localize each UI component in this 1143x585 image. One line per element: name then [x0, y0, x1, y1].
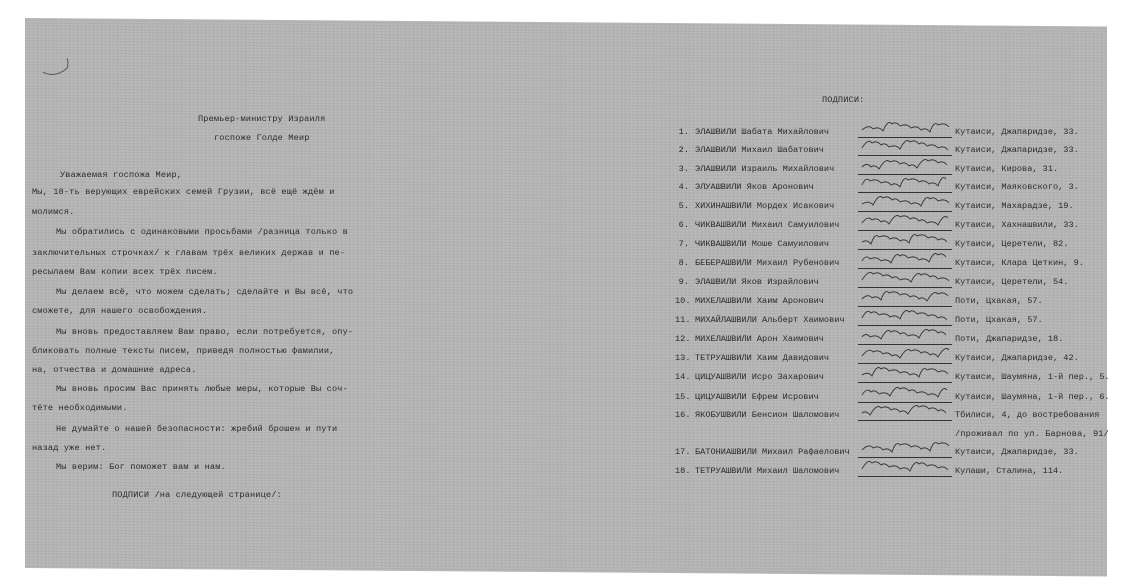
- letter-line: молимся.: [32, 207, 74, 217]
- signature-row: 3.ЭЛАШВИЛИ Израиль МихайловичКутаиси, Ки…: [675, 164, 689, 180]
- signer-address: Кутаиси, Джапаридзе, 33.: [955, 127, 1079, 137]
- signer-address: Кулаши, Сталина, 114.: [955, 466, 1063, 476]
- signer-name: БАТОНИАШВИЛИ Михаил Рафаелович: [695, 447, 850, 457]
- signature-line: [858, 462, 952, 477]
- handwritten-signature-icon: [860, 327, 952, 345]
- addressee-line-2: госпоже Голде Меир: [214, 133, 310, 143]
- letter-line: Мы, 18-ть верующих еврейских семей Грузи…: [32, 187, 335, 197]
- row-number: 4.: [675, 182, 689, 192]
- signature-line: [858, 388, 952, 403]
- signature-line: [858, 160, 952, 175]
- signer-name: ЭЛУАШВИЛИ Яков Аронович: [695, 182, 814, 192]
- signer-address: Кутаиси, Шаумяна, 1-й пер., 6.: [955, 392, 1110, 402]
- signer-address-line-2: /проживал по ул. Барнова, 91/: [955, 429, 1109, 439]
- signer-name: ЧИКВАШВИЛИ Моше Самуилович: [695, 239, 829, 249]
- letter-line: тёте необходимыми.: [32, 403, 128, 413]
- signature-row: 11.МИХАЙЛАШВИЛИ Альберт ХаимовичПоти, Цх…: [675, 315, 689, 331]
- signature-line: [858, 349, 952, 364]
- letter-line: ресылаем Вам копии всех трёх писем.: [32, 267, 218, 277]
- handwritten-signature-icon: [860, 346, 952, 364]
- signature-line: [858, 406, 952, 421]
- signature-row: 10.МИХЕЛАШВИЛИ Хаим АроновичПоти, Цхакая…: [675, 296, 689, 312]
- row-number: 9.: [675, 277, 689, 287]
- row-number: 15.: [675, 392, 689, 402]
- signer-name: ТЕТРУАШВИЛИ Михаил Шаломович: [695, 466, 839, 476]
- handwritten-signature-icon: [860, 157, 952, 175]
- signature-row: 6.ЧИКВАШВИЛИ Михаил СамуиловичКутаиси, Х…: [675, 220, 689, 236]
- row-number: 1.: [675, 127, 689, 137]
- signature-row: 1.ЭЛАШВИЛИ Шабата МихайловичКутаиси, Джа…: [675, 127, 689, 143]
- row-number: 10.: [675, 296, 689, 306]
- signature-row: 5.ХИХИНАШВИЛИ Мордех ИсаковичКутаиси, Ма…: [675, 201, 689, 217]
- handwritten-signature-icon: [860, 289, 952, 307]
- row-number: 12.: [675, 334, 689, 344]
- signer-address: Кутаиси, Маяковского, 3.: [955, 182, 1079, 192]
- signature-row: 13.ТЕТРУАШВИЛИ Хаим ДавидовичКутаиси, Дж…: [675, 353, 689, 369]
- signer-name: МИХАЙЛАШВИЛИ Альберт Хаимович: [695, 315, 845, 325]
- signer-name: ТЕТРУАШВИЛИ Хаим Давидович: [695, 353, 829, 363]
- signer-address: Кутаиси, Церетели, 82.: [955, 239, 1068, 249]
- salutation: Уважаемая госпожа Меир,: [60, 170, 182, 180]
- signer-name: МИХЕЛАШВИЛИ Хаим Аронович: [695, 296, 824, 306]
- letter-line: Не думайте о нашей безопасности: жребий …: [56, 424, 337, 434]
- signer-name: ЦИЦУАШВИЛИ Ефрем Исрович: [695, 392, 819, 402]
- signature-line: [858, 311, 952, 326]
- handwritten-signature-icon: [860, 459, 952, 477]
- signer-address: Кутаиси, Махарадзе, 19.: [955, 201, 1074, 211]
- signer-name: ЦИЦУАШВИЛИ Исро Захарович: [695, 372, 824, 382]
- signatures-heading: ПОДПИСИ:: [822, 95, 864, 105]
- handwritten-signature-icon: [860, 270, 952, 288]
- letter-line: Мы вновь предоставляем Вам право, если п…: [56, 327, 353, 337]
- signer-address: Поти, Цхакая, 57.: [955, 315, 1043, 325]
- signer-name: ЭЛАШВИЛИ Михаил Шабатович: [695, 145, 824, 155]
- letter-line: Мы верим: Бог поможет вам и нам.: [56, 462, 226, 472]
- handwritten-signature-icon: [860, 251, 952, 269]
- letter-line: бликовать полные тексты писем, приведя п…: [32, 346, 335, 356]
- row-number: 8.: [675, 258, 689, 268]
- signer-name: МИХЕЛАШВИЛИ Арон Хаимович: [695, 334, 824, 344]
- pen-mark-decoration: [35, 38, 95, 78]
- signer-name: ЭЛАШВИЛИ Шабата Михайлович: [695, 127, 829, 137]
- row-number: 13.: [675, 353, 689, 363]
- row-number: 17.: [675, 447, 689, 457]
- handwritten-signature-icon: [860, 120, 952, 138]
- signature-row: 8.БЕБЕРАШВИЛИ Михаил РубеновичКутаиси, К…: [675, 258, 689, 274]
- signer-address: Тбилиси, 4, до востребования: [955, 410, 1099, 420]
- signer-address: Кутаиси, Шаумяна, 1-й пер., 5.: [955, 372, 1110, 382]
- signature-line: [858, 235, 952, 250]
- signer-address: Поти, Джапаридзе, 18.: [955, 334, 1063, 344]
- letter-footer: ПОДПИСИ /на следующей странице/:: [112, 490, 282, 500]
- handwritten-signature-icon: [860, 365, 952, 383]
- signer-address: Кутаиси, Церетели, 54.: [955, 277, 1068, 287]
- letter-line: Мы делаем всё, что можем сделать; сделай…: [56, 287, 353, 297]
- handwritten-signature-icon: [860, 385, 952, 403]
- signature-row: 17.БАТОНИАШВИЛИ Михаил РафаеловичКутаиси…: [675, 447, 689, 463]
- signature-row: 7.ЧИКВАШВИЛИ Моше СамуиловичКутаиси, Цер…: [675, 239, 689, 255]
- signer-address: Кутаиси, Джапаридзе, 42.: [955, 353, 1079, 363]
- handwritten-signature-icon: [860, 403, 952, 421]
- signer-name: ХИХИНАШВИЛИ Мордех Исакович: [695, 201, 834, 211]
- letter-line: Мы обратились с одинаковыми просьбами /р…: [56, 227, 348, 237]
- addressee-line-1: Премьер-министру Израиля: [198, 114, 325, 124]
- signature-row: 15.ЦИЦУАШВИЛИ Ефрем ИсровичКутаиси, Шаум…: [675, 392, 689, 408]
- signature-line: [858, 443, 952, 458]
- signature-row: 12.МИХЕЛАШВИЛИ Арон ХаимовичПоти, Джапар…: [675, 334, 689, 350]
- signature-line: [858, 141, 952, 156]
- signer-name: ЧИКВАШВИЛИ Михаил Самуилович: [695, 220, 839, 230]
- signature-row: 4.ЭЛУАШВИЛИ Яков АроновичКутаиси, Маяков…: [675, 182, 689, 198]
- signature-line: [858, 197, 952, 212]
- handwritten-signature-icon: [860, 175, 952, 193]
- row-number: 16.: [675, 410, 689, 420]
- row-number: 14.: [675, 372, 689, 382]
- handwritten-signature-icon: [860, 440, 952, 458]
- signer-name: ЭЛАШВИЛИ Израиль Михайлович: [695, 164, 834, 174]
- signer-name: ЯКОБУШВИЛИ Бенсион Шаломович: [695, 410, 839, 420]
- row-number: 3.: [675, 164, 689, 174]
- row-number: 5.: [675, 201, 689, 211]
- row-number: 18.: [675, 466, 689, 476]
- handwritten-signature-icon: [860, 194, 952, 212]
- handwritten-signature-icon: [860, 213, 952, 231]
- signer-address: Кутаиси, Кирова, 31.: [955, 164, 1058, 174]
- signature-line: [858, 216, 952, 231]
- signature-line: [858, 368, 952, 383]
- row-number: 2.: [675, 145, 689, 155]
- row-number: 11.: [675, 315, 689, 325]
- signature-line: [858, 123, 952, 138]
- signer-name: БЕБЕРАШВИЛИ Михаил Рубенович: [695, 258, 839, 268]
- row-number: 6.: [675, 220, 689, 230]
- signature-line: [858, 273, 952, 288]
- letter-line: Мы вновь просим Вас принять любые меры, …: [56, 384, 348, 394]
- signature-row: 9.ЭЛАШВИЛИ Яков ИзрайловичКутаиси, Церет…: [675, 277, 689, 293]
- letter-line: заключительных строчках/ к главам трёх в…: [32, 248, 345, 258]
- letter-line: сможете, для нашего освобождения.: [32, 306, 207, 316]
- letter-line: назад уже нет.: [32, 443, 106, 453]
- signer-address: Кутаиси, Джапаридзе, 33.: [955, 447, 1079, 457]
- signer-name: ЭЛАШВИЛИ Яков Израйлович: [695, 277, 819, 287]
- signer-address: Поти, Цхакая, 57.: [955, 296, 1043, 306]
- handwritten-signature-icon: [860, 232, 952, 250]
- signer-address: Кутаиси, Хахнашвили, 33.: [955, 220, 1079, 230]
- signature-line: [858, 178, 952, 193]
- handwritten-signature-icon: [860, 138, 952, 156]
- letter-line: на, отчества и домашние адреса.: [32, 365, 197, 375]
- signature-row: 14.ЦИЦУАШВИЛИ Исро ЗахаровичКутаиси, Шау…: [675, 372, 689, 388]
- signer-address: Кутаиси, Джапаридзе, 33.: [955, 145, 1079, 155]
- row-number: 7.: [675, 239, 689, 249]
- signature-row: 18.ТЕТРУАШВИЛИ Михаил ШаломовичКулаши, С…: [675, 466, 689, 482]
- signature-line: [858, 330, 952, 345]
- signature-line: [858, 292, 952, 307]
- signature-row: 16.ЯКОБУШВИЛИ Бенсион ШаломовичТбилиси, …: [675, 410, 689, 426]
- signer-address: Кутаиси, Клара Цеткин, 9.: [955, 258, 1084, 268]
- handwritten-signature-icon: [860, 308, 952, 326]
- signature-line: [858, 254, 952, 269]
- signature-row: 2.ЭЛАШВИЛИ Михаил ШабатовичКутаиси, Джап…: [675, 145, 689, 161]
